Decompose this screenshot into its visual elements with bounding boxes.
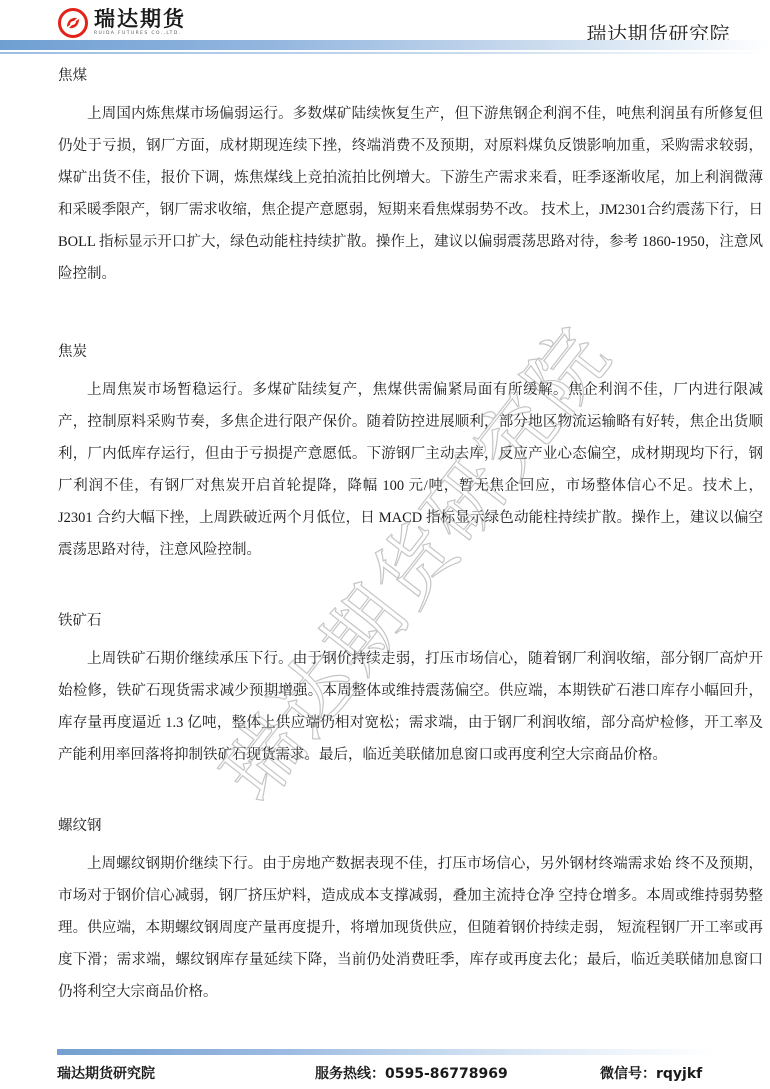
section-title: 铁矿石 — [58, 611, 763, 631]
logo-name-en: RUIDA FUTURES CO.,LTD. — [94, 32, 186, 37]
hotline-label: 服务热线： — [315, 1066, 385, 1082]
page-footer: 瑞达期货研究院 服务热线：0595-86778969 微信号：rqyjkf — [57, 1063, 717, 1085]
section-iron-ore: 铁矿石 上周铁矿石期价继续承压下行。由于钢价持续走弱，打压市场信心，随着钢厂利润… — [58, 611, 763, 771]
section-body: 上周焦炭市场暂稳运行。多煤矿陆续复产，焦煤供需偏紧局面有所缓解。焦企利润不佳，厂… — [58, 374, 763, 566]
header-divider-line — [0, 52, 770, 54]
section-title: 焦煤 — [58, 66, 763, 86]
section-body: 上周国内炼焦煤市场偏弱运行。多数煤矿陆续恢复生产，但下游焦钢企利润不佳，吨焦利润… — [58, 98, 763, 290]
logo-text: 瑞达期货 RUIDA FUTURES CO.,LTD. — [94, 9, 186, 37]
section-rebar: 螺纹钢 上周螺纹钢期价继续下行。由于房地产数据表现不佳，打压市场信心，另外钢材终… — [58, 816, 763, 1008]
company-logo: 瑞达期货 RUIDA FUTURES CO.,LTD. — [58, 6, 186, 40]
footer-hotline: 服务热线：0595-86778969 — [315, 1063, 508, 1083]
section-body: 上周铁矿石期价继续承压下行。由于钢价持续走弱，打压市场信心，随着钢厂利润收缩，部… — [58, 643, 763, 771]
section-coking-coal: 焦煤 上周国内炼焦煤市场偏弱运行。多数煤矿陆续恢复生产，但下游焦钢企利润不佳，吨… — [58, 66, 763, 290]
logo-name-cn: 瑞达期货 — [94, 9, 186, 30]
footer-wechat: 微信号：rqyjkf — [600, 1063, 702, 1083]
header-divider-bar — [0, 40, 770, 50]
wechat-id: rqyjkf — [656, 1066, 702, 1082]
hotline-number: 0595-86778969 — [385, 1066, 508, 1082]
page-header: 瑞达期货 RUIDA FUTURES CO.,LTD. 瑞达期货研究院 — [0, 0, 770, 58]
section-body: 上周螺纹钢期价继续下行。由于房地产数据表现不佳，打压市场信心，另外钢材终端需求始… — [58, 848, 763, 1008]
section-title: 焦炭 — [58, 342, 763, 362]
ruida-logo-icon — [58, 8, 88, 38]
footer-divider-bar — [57, 1049, 717, 1055]
section-title: 螺纹钢 — [58, 816, 763, 836]
footer-org-name: 瑞达期货研究院 — [57, 1063, 155, 1083]
section-coke: 焦炭 上周焦炭市场暂稳运行。多煤矿陆续复产，焦煤供需偏紧局面有所缓解。焦企利润不… — [58, 342, 763, 566]
wechat-label: 微信号： — [600, 1066, 656, 1082]
